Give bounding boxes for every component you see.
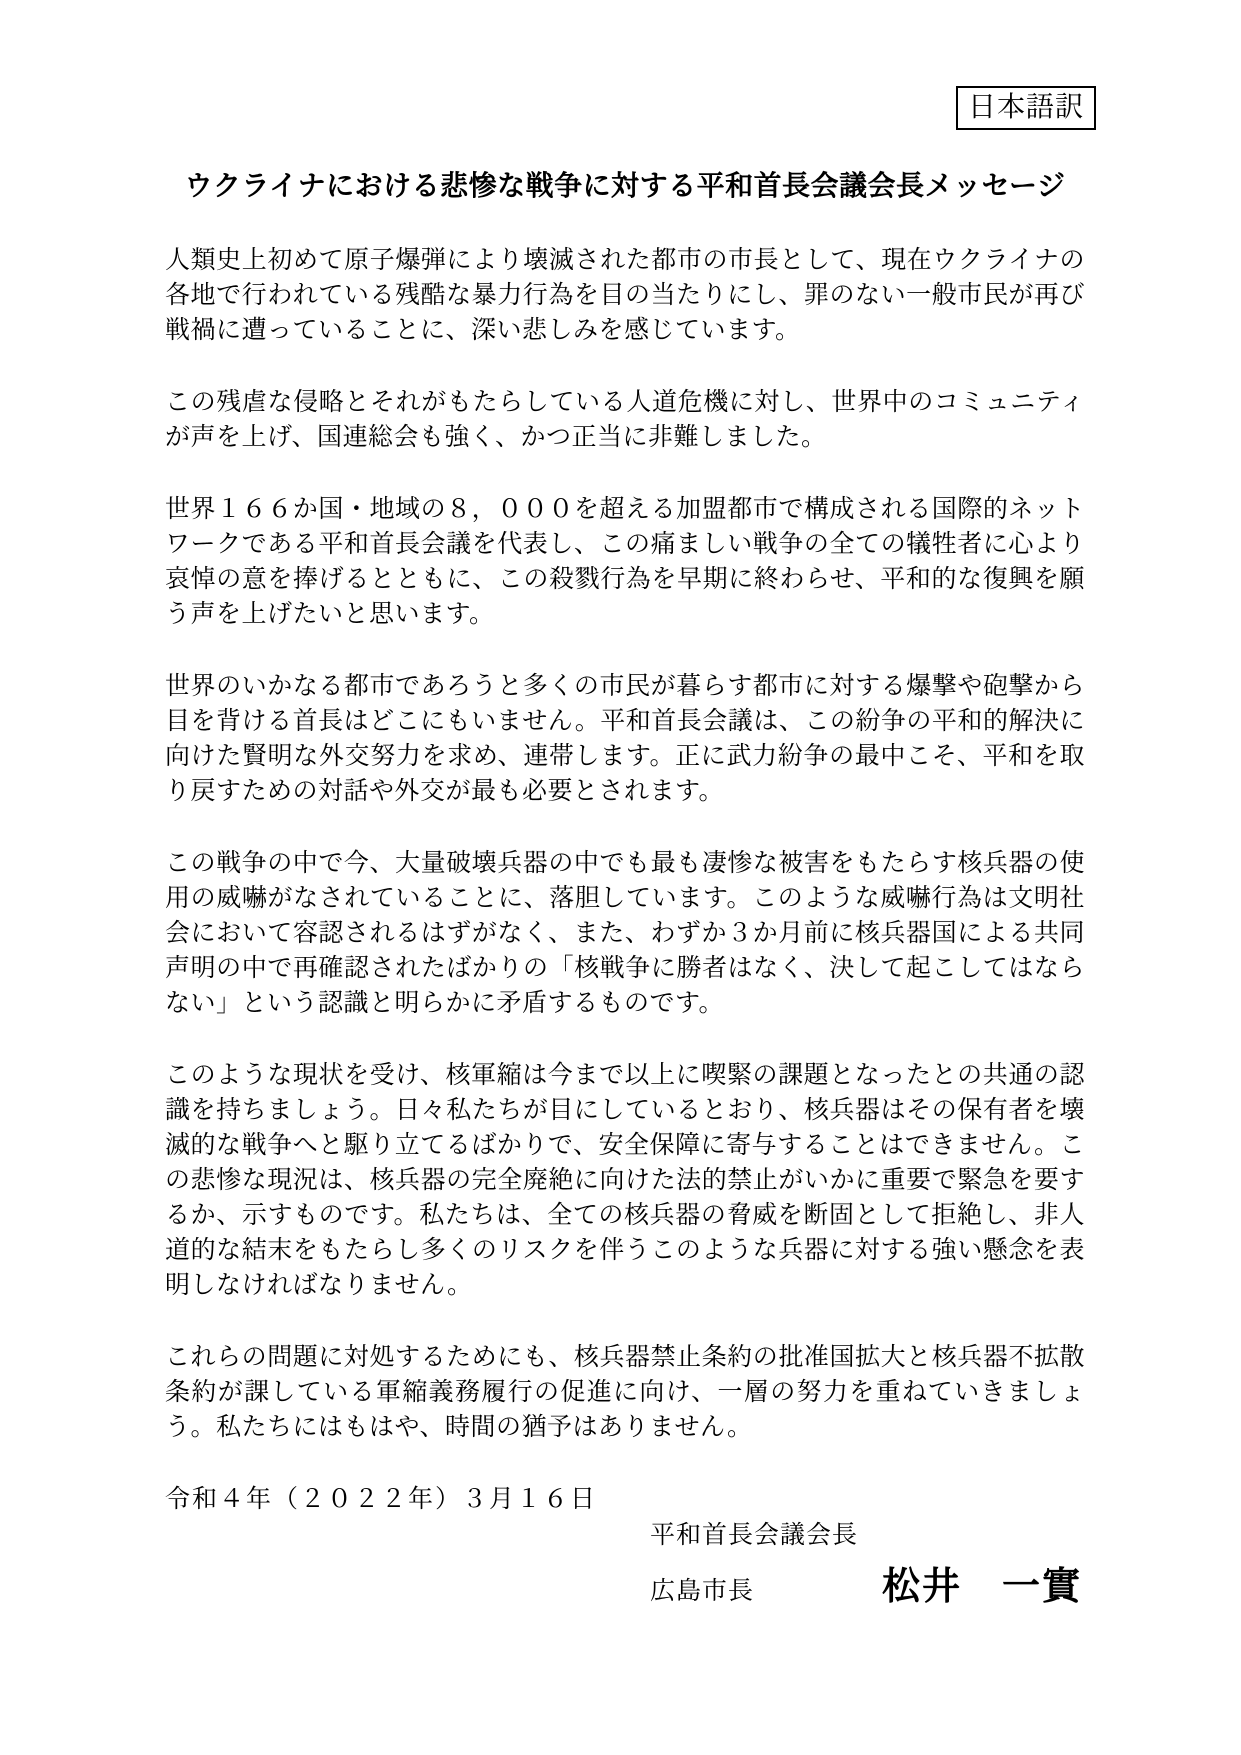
body-paragraph-5: この戦争の中で今、大量破壊兵器の中でも最も凄惨な被害をもたらす核兵器の使用の威嚇… [165, 846, 1085, 1021]
body-paragraph-7: これらの問題に対処するためにも、核兵器禁止条約の批准国拡大と核兵器不拡散条約が課… [165, 1340, 1085, 1445]
signature-name: 松井 一實 [882, 1555, 1082, 1610]
body-paragraph-2: この残虐な侵略とそれがもたらしている人道危機に対し、世界中のコミュニティが声を上… [165, 385, 1085, 455]
date-line: 令和４年（２０２２年）３月１６日 [165, 1482, 1085, 1517]
body-paragraph-6: このような現状を受け、核軍縮は今まで以上に喫緊の課題となったとの共通の認識を持ち… [165, 1058, 1085, 1303]
signature-block: 平和首長会議会長 広島市長 松井 一實 [650, 1517, 1085, 1613]
document-title: ウクライナにおける悲惨な戦争に対する平和首長会議会長メッセージ [165, 168, 1085, 203]
signature-row: 広島市長 松井 一實 [650, 1555, 1085, 1613]
signature-role: 広島市長 [650, 1569, 754, 1613]
body-paragraph-3: 世界１６６か国・地域の８，０００を超える加盟都市で構成される国際的ネットワークで… [165, 492, 1085, 632]
document-page: 日本語訳 ウクライナにおける悲惨な戦争に対する平和首長会議会長メッセージ 人類史… [0, 0, 1241, 1755]
document-content: ウクライナにおける悲惨な戦争に対する平和首長会議会長メッセージ 人類史上初めて原… [0, 0, 1241, 1613]
signature-org-title: 平和首長会議会長 [650, 1517, 1085, 1553]
body-paragraph-4: 世界のいかなる都市であろうと多くの市民が暮らす都市に対する爆撃や砲撃から目を背け… [165, 669, 1085, 809]
translation-label: 日本語訳 [956, 86, 1096, 130]
body-paragraph-1: 人類史上初めて原子爆弾により壊滅された都市の市長として、現在ウクライナの各地で行… [165, 243, 1085, 348]
